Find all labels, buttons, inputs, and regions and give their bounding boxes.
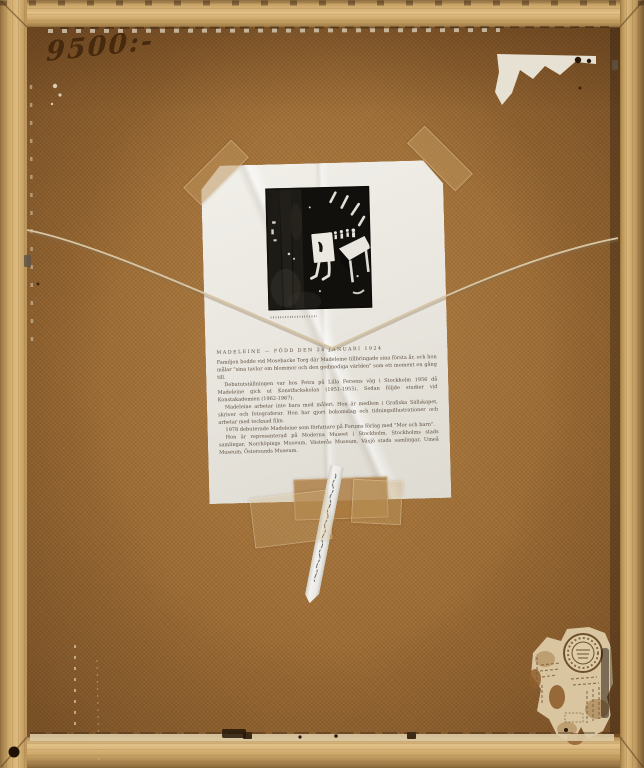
translucent-tape-right: [351, 479, 403, 526]
sticker-round-stamp: [564, 634, 602, 672]
framed-artwork-back-photo: 9500:-: [0, 0, 644, 768]
print-caption-line: [271, 315, 317, 318]
label-paragraph: Hon är representerad på Moderna Museet i…: [219, 428, 440, 456]
frame-top-rail: [0, 0, 644, 27]
artwork-print-reproduction: [265, 186, 372, 311]
label-text-block: MADELEINE — FÖDD DEN 24 JANUARI 1924 Fam…: [216, 344, 439, 456]
torn-exhibition-sticker: [527, 627, 615, 747]
frame-left-rail: [0, 0, 27, 768]
gallery-paper-label: MADELEINE — FÖDD DEN 24 JANUARI 1924 Fam…: [201, 160, 452, 504]
frame-right-rail: [620, 0, 644, 768]
translucent-tape-left: [249, 489, 333, 548]
